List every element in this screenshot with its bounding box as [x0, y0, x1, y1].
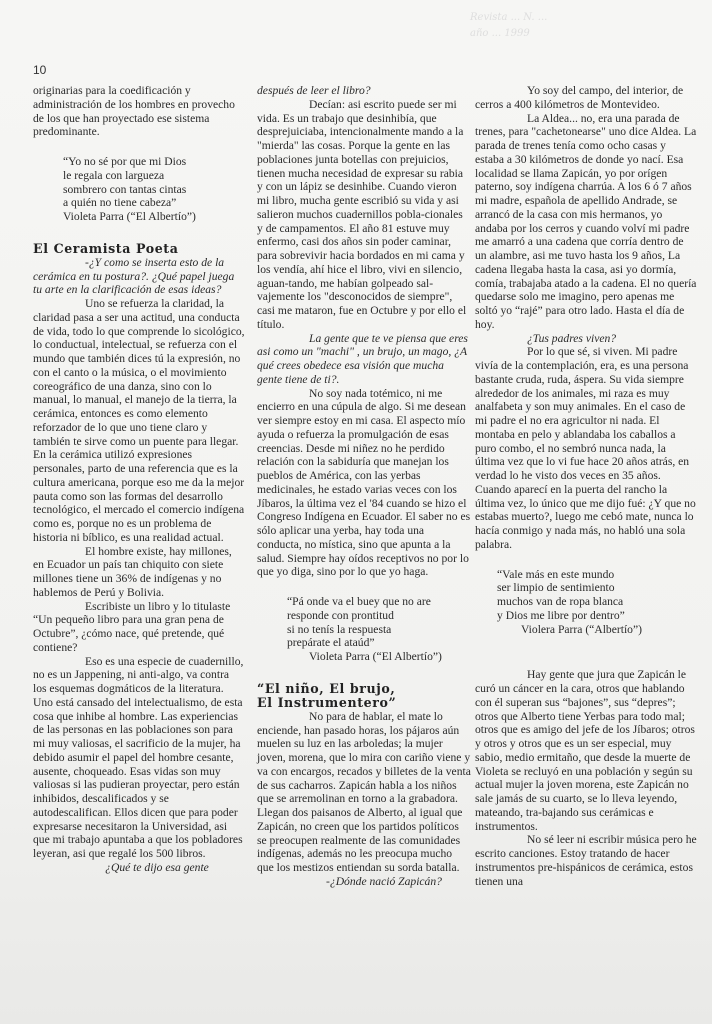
verse-quote: “Pá onde va el buey que no are responde …	[257, 595, 471, 664]
paragraph: Decían: asi escrito puede ser mi vida. E…	[257, 98, 471, 332]
magazine-page: Revista ... N. ... año ... 1999 10 origi…	[0, 0, 712, 1024]
verse-line: le regala con largueza	[63, 169, 245, 183]
paragraph: No soy nada totémico, ni me encierro en …	[257, 387, 471, 580]
interview-question: -¿Y como se inserta esto de la cerámica …	[33, 256, 245, 297]
paragraph: Por lo que sé, si viven. Mi padre vivía …	[475, 345, 697, 551]
verse-line: sombrero con tantas cintas	[63, 183, 245, 197]
paragraph: Escribiste un libro y lo titulaste “Un p…	[33, 600, 245, 655]
interview-question: después de leer el libro?	[257, 84, 471, 98]
paragraph: No sé leer ni escribir música pero he es…	[475, 833, 697, 888]
column-2: después de leer el libro? Decían: asi es…	[257, 84, 471, 889]
paragraph: originarias para la coedificación y admi…	[33, 84, 245, 139]
section-heading: “El niño, El brujo, El Instrumentero”	[257, 682, 471, 710]
quote-attribution: Violeta Parra (“El Albertío”)	[287, 650, 471, 664]
spacer	[475, 654, 697, 668]
handwritten-note-line: Revista ... N. ...	[470, 10, 547, 26]
paragraph: Eso es una especie de cuadernillo, no es…	[33, 655, 245, 861]
paragraph: Hay gente que jura que Zapicán le curó u…	[475, 668, 697, 833]
verse-line: muchos van de ropa blanca	[497, 595, 697, 609]
verse-line: y Dios me libre por dentro”	[497, 609, 697, 623]
quote-attribution: Violeta Parra (“El Albertío”)	[63, 210, 245, 224]
section-heading-line: El Instrumentero”	[257, 696, 471, 710]
verse-quote: “Yo no sé por que mi Dios le regala con …	[33, 155, 245, 224]
interview-question: ¿Tus padres viven?	[475, 332, 697, 346]
page-number: 10	[33, 63, 46, 77]
verse-line: ser limpio de sentimiento	[497, 581, 697, 595]
paragraph: El hombre existe, hay millones, en Ecuad…	[33, 545, 245, 600]
quote-attribution: Violera Parra (“Albertío”)	[497, 623, 697, 637]
handwritten-note-line: año ... 1999	[470, 26, 547, 42]
column-3: Yo soy del campo, del interior, de cerro…	[475, 84, 697, 888]
verse-line: prepárate el ataúd”	[287, 636, 471, 650]
column-1: originarias para la coedificación y admi…	[33, 84, 245, 875]
verse-quote: “Vale más en este mundo ser limpio de se…	[475, 568, 697, 637]
section-heading: El Ceramista Poeta	[33, 242, 245, 256]
verse-line: “Yo no sé por que mi Dios	[63, 155, 245, 169]
section-heading-line: “El niño, El brujo,	[257, 682, 471, 696]
interview-question: La gente que te ve piensa que eres asi c…	[257, 332, 471, 387]
paragraph: Yo soy del campo, del interior, de cerro…	[475, 84, 697, 112]
paragraph: No para de hablar, el mate lo enciende, …	[257, 710, 471, 875]
verse-line: a quién no tiene cabeza”	[63, 196, 245, 210]
verse-line: “Pá onde va el buey que no are	[287, 595, 471, 609]
verse-line: si no tenís la respuesta	[287, 623, 471, 637]
verse-line: responde con prontitud	[287, 609, 471, 623]
interview-question: ¿Qué te dijo esa gente	[33, 861, 245, 875]
verse-line: “Vale más en este mundo	[497, 568, 697, 582]
handwritten-note: Revista ... N. ... año ... 1999	[470, 10, 547, 42]
interview-question: -¿Dónde nació Zapicán?	[257, 875, 471, 889]
paragraph: Uno se refuerza la claridad, la claridad…	[33, 297, 245, 545]
paragraph: La Aldea... no, era una parada de trenes…	[475, 112, 697, 332]
